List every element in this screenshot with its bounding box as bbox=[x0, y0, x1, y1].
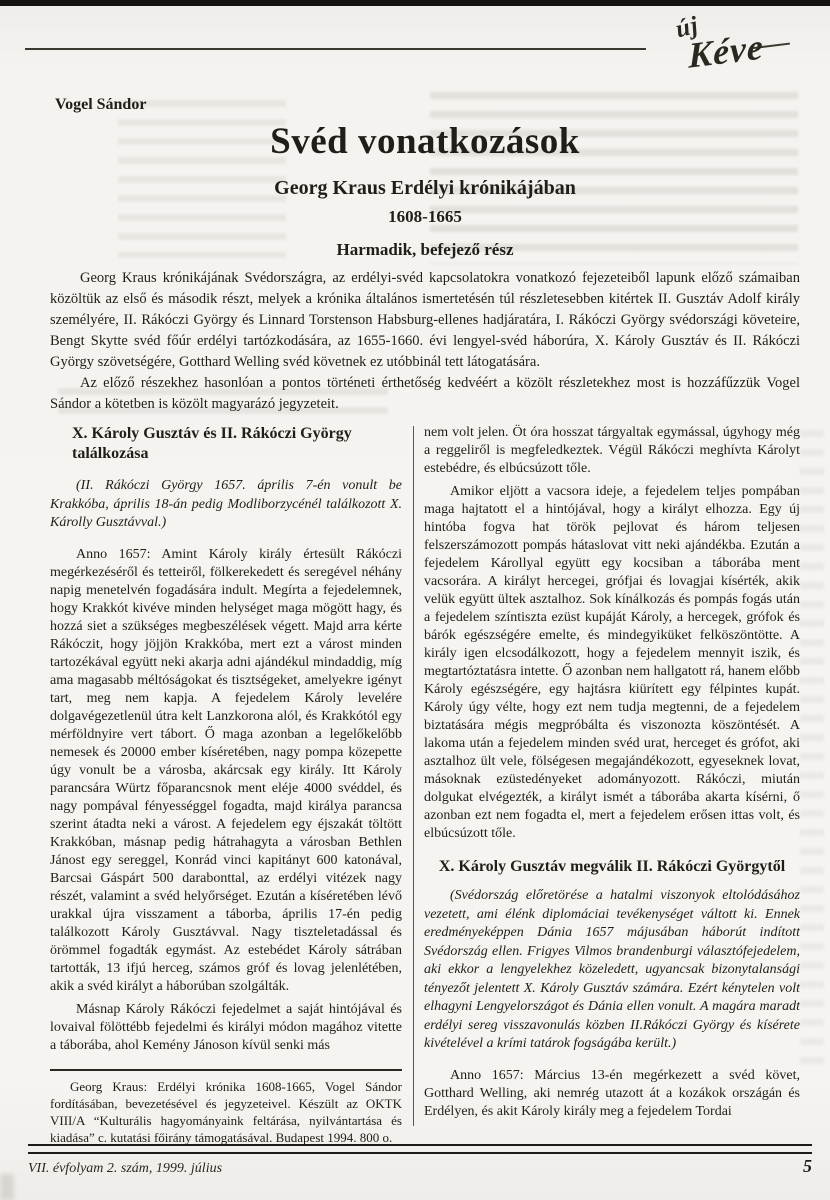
body-paragraph: nem volt jelen. Öt óra hosszat tárgyalta… bbox=[424, 424, 800, 478]
article-part: Harmadik, befejező rész bbox=[50, 240, 800, 260]
page-number: 5 bbox=[803, 1156, 812, 1177]
intro-paragraph-1: Georg Kraus krónikájának Svédországra, a… bbox=[50, 268, 800, 373]
left-column: X. Károly Gusztáv és II. Rákóczi György … bbox=[50, 424, 402, 1146]
footer-rule bbox=[28, 1144, 812, 1154]
intro-paragraph-2: Az előző részekhez hasonlóan a pontos tö… bbox=[50, 373, 800, 415]
body-paragraph: Másnap Károly Rákóczi fejedelmet a saját… bbox=[50, 1001, 402, 1055]
article-title: Svéd vonatkozások bbox=[50, 120, 800, 163]
scanned-journal-page: új Kéve Vogel Sándor Svéd vonatkozások G… bbox=[0, 0, 830, 1200]
intro-block: Georg Kraus krónikájának Svédországra, a… bbox=[50, 268, 800, 415]
lead-paragraph: (II. Rákóczi György 1657. április 7-én v… bbox=[50, 477, 402, 533]
page-footer: VII. évfolyam 2. szám, 1999. július 5 bbox=[28, 1144, 812, 1177]
page-header: új Kéve bbox=[25, 12, 794, 90]
footnote-rule bbox=[50, 1069, 402, 1071]
header-rule bbox=[25, 48, 646, 50]
lead-paragraph: (Svédország előretörése a hatalmi viszon… bbox=[424, 887, 800, 1054]
body-paragraph: Anno 1657: Amint Károly király értesült … bbox=[50, 546, 402, 996]
section-heading-meeting: X. Károly Gusztáv és II. Rákóczi György … bbox=[50, 424, 402, 464]
author-byline: Vogel Sándor bbox=[55, 96, 146, 114]
right-column: nem volt jelen. Öt óra hosszat tárgyalta… bbox=[424, 424, 800, 1146]
body-paragraph: Anno 1657: Március 13-én megérkezett a s… bbox=[424, 1067, 800, 1121]
journal-logo-keve: Kéve bbox=[688, 25, 764, 76]
journal-logo: új Kéve bbox=[642, 12, 794, 90]
footer-row: VII. évfolyam 2. szám, 1999. július 5 bbox=[28, 1154, 812, 1177]
bleedthrough-texture bbox=[800, 430, 824, 1070]
column-divider bbox=[413, 426, 414, 1126]
body-paragraph: Amikor eljött a vacsora ideje, a fejedel… bbox=[424, 483, 800, 843]
scan-edge-corner bbox=[0, 1174, 14, 1200]
scan-edge-top bbox=[0, 0, 830, 6]
article-years: 1608-1665 bbox=[50, 207, 800, 227]
two-column-body: X. Károly Gusztáv és II. Rákóczi György … bbox=[50, 424, 800, 1146]
footnote-text: Georg Kraus: Erdélyi krónika 1608-1665, … bbox=[50, 1078, 402, 1146]
section-heading-parting: X. Károly Gusztáv megválik II. Rákóczi G… bbox=[424, 857, 800, 877]
footnote-block: Georg Kraus: Erdélyi krónika 1608-1665, … bbox=[50, 1059, 402, 1146]
issue-info: VII. évfolyam 2. szám, 1999. július bbox=[28, 1161, 222, 1177]
article-subtitle: Georg Kraus Erdélyi krónikájában bbox=[50, 177, 800, 200]
